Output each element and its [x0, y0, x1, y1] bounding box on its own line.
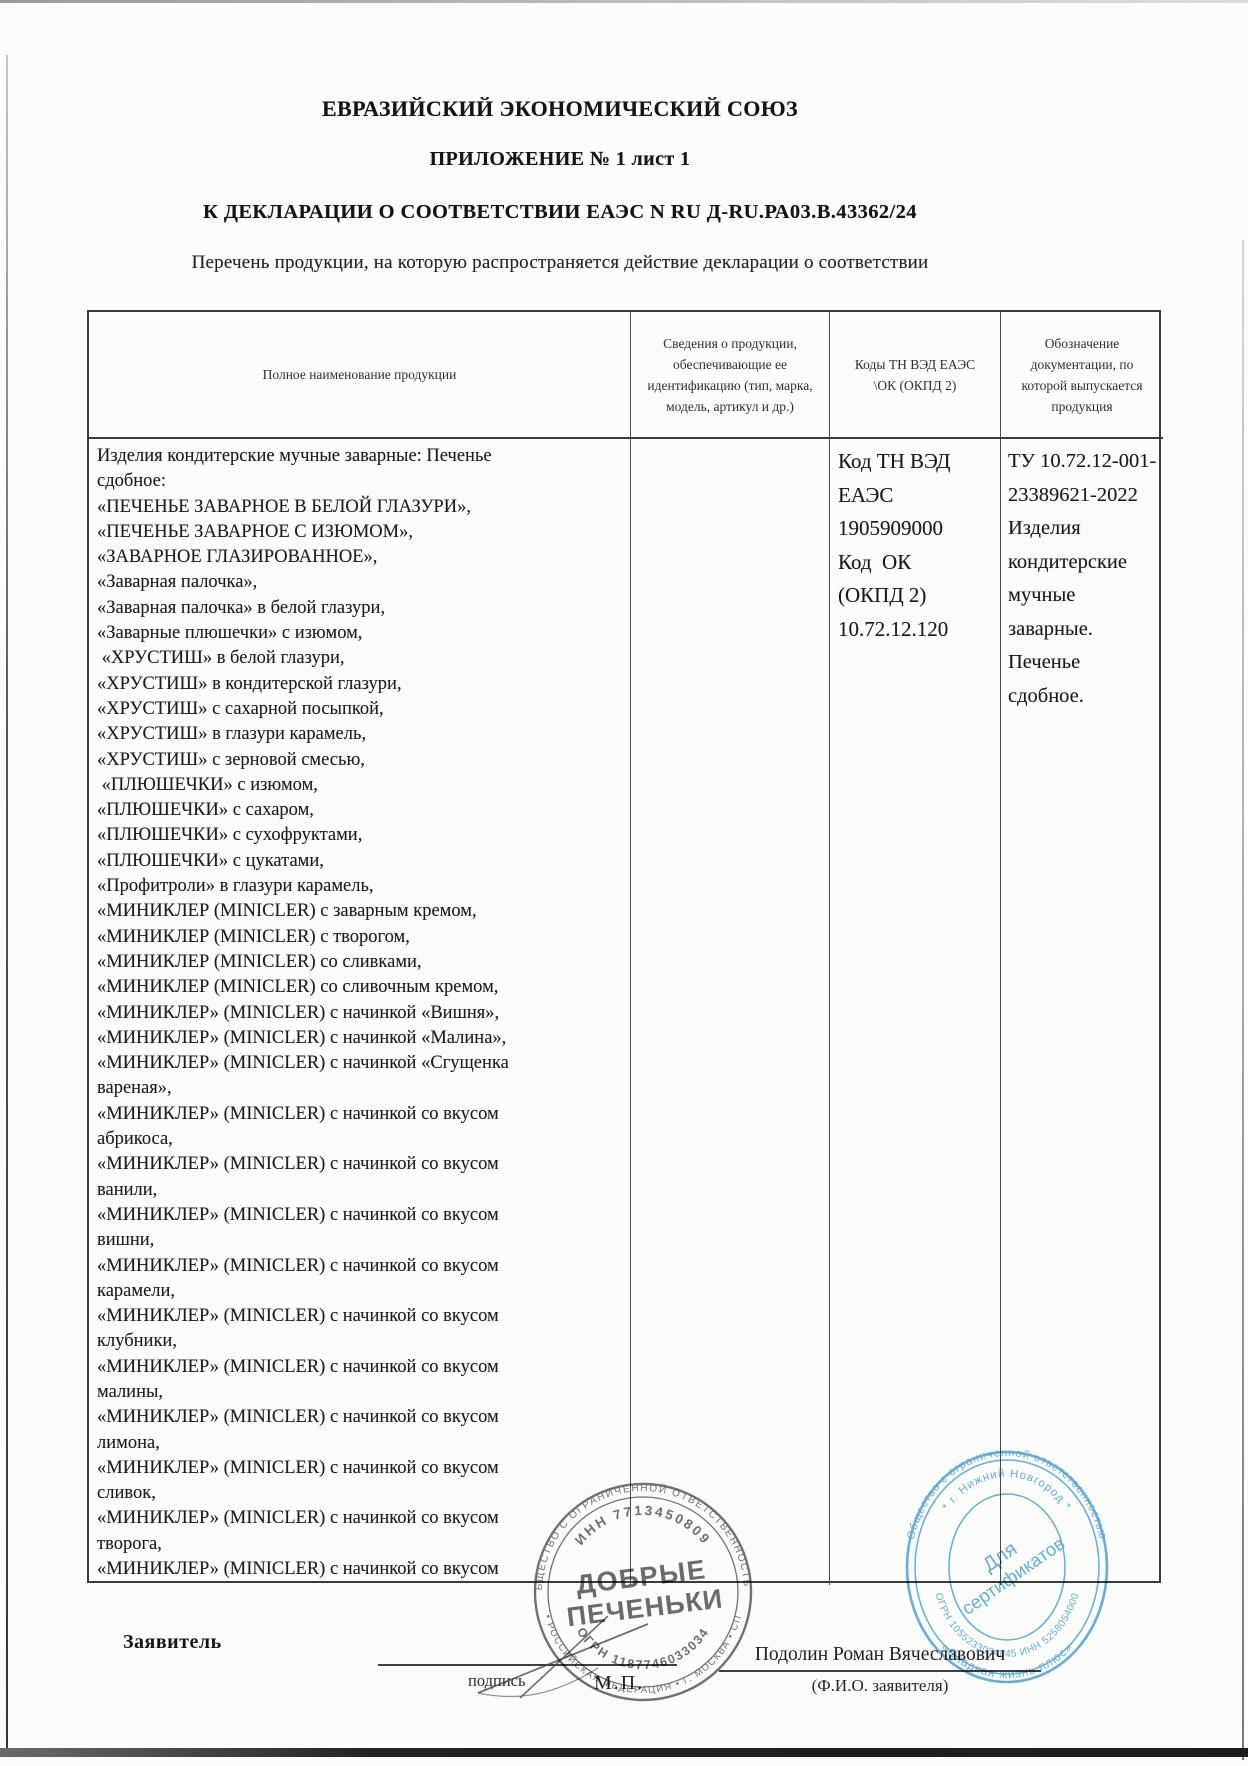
text-line: «Профитроли» в глазури карамель, — [97, 874, 622, 899]
text-line: «ХРУСТИШ» в глазури карамель, — [97, 722, 622, 747]
page-edge-left — [6, 55, 8, 1755]
text-line: Код ОК — [838, 546, 992, 580]
text-line: «МИНИКЛЕР (MINICLER) со сливочным кремом… — [97, 975, 622, 1000]
applicant-name: Подолин Роман Вячеславович — [719, 1644, 1041, 1666]
documentation-cell: ТУ 10.72.12-001-23389621-2022Изделияконд… — [1000, 439, 1163, 1585]
text-line: заварные. — [1008, 613, 1159, 647]
text-line: Код ТН ВЭД — [838, 445, 992, 479]
text-line: «ПЛЮШЕЧКИ» с сахаром, — [97, 798, 622, 823]
product-name-lines: Изделия кондитерские мучные заварные: Пе… — [97, 444, 622, 1582]
header-documentation: Обозначение документации, по которой вып… — [1000, 312, 1163, 439]
signature-line — [378, 1664, 677, 1666]
product-list-cell: Изделия кондитерские мучные заварные: Пе… — [89, 439, 630, 1585]
text-line: сдобное: — [97, 469, 622, 494]
text-line: ЕАЭС — [838, 479, 992, 513]
codes-cell: Код ТН ВЭДЕАЭС1905909000Код ОК(ОКПД 2)10… — [829, 439, 1000, 1585]
text-line: «ПЛЮШЕЧКИ» с изюмом, — [97, 773, 622, 798]
text-line: «ХРУСТИШ» в белой глазури, — [97, 646, 622, 671]
product-table: Полное наименование продукции Сведения о… — [87, 310, 1161, 1583]
text-line: «ПЛЮШЕЧКИ» с сухофруктами, — [97, 823, 622, 848]
text-line: ТУ 10.72.12-001- — [1008, 445, 1159, 479]
text-line: карамели, — [97, 1279, 622, 1304]
page-edge-bottom — [0, 1748, 1248, 1757]
text-line: «МИНИКЛЕР» (MINICLER) с начинкой со вкус… — [97, 1405, 622, 1430]
header-product-name-label: Полное наименование продукции — [263, 364, 457, 385]
text-line: «МИНИКЛЕР» (MINICLER) с начинкой со вкус… — [97, 1355, 622, 1380]
union-title: ЕВРАЗИЙСКИЙ ЭКОНОМИЧЕСКИЙ СОЮЗ — [0, 96, 1120, 122]
text-line: «МИНИКЛЕР (MINICLER) со сливками, — [97, 950, 622, 975]
list-subtitle: Перечень продукции, на которую распростр… — [0, 252, 1120, 274]
text-line: «МИНИКЛЕР» (MINICLER) с начинкой «Вишня»… — [97, 1001, 622, 1026]
text-line: «МИНИКЛЕР (MINICLER) с заварным кремом, — [97, 899, 622, 924]
text-line: творога, — [97, 1532, 622, 1557]
identification-cell — [630, 439, 829, 1585]
text-line: 1905909000 — [838, 512, 992, 546]
text-line: «МИНИКЛЕР» (MINICLER) с начинкой со вкус… — [97, 1152, 622, 1177]
header-identification: Сведения о продукции, обеспечивающие ее … — [630, 312, 829, 439]
text-line: «МИНИКЛЕР» (MINICLER) с начинкой «Сгущен… — [97, 1051, 622, 1076]
document-page: ЕВРАЗИЙСКИЙ ЭКОНОМИЧЕСКИЙ СОЮЗ ПРИЛОЖЕНИ… — [0, 0, 1248, 1766]
text-line: Изделия — [1008, 512, 1159, 546]
text-line: (ОКПД 2) — [838, 579, 992, 613]
documentation-lines: ТУ 10.72.12-001-23389621-2022Изделияконд… — [1008, 445, 1159, 713]
text-line: «МИНИКЛЕР» (MINICLER) с начинкой со вкус… — [97, 1557, 622, 1582]
text-line: «МИНИКЛЕР» (MINICLER) с начинкой со вкус… — [97, 1254, 622, 1279]
text-line: «МИНИКЛЕР» (MINICLER) с начинкой «Малина… — [97, 1026, 622, 1051]
text-line: «ХРУСТИШ» в кондитерской глазури, — [97, 672, 622, 697]
applicant-name-line — [719, 1670, 1041, 1672]
text-line: 10.72.12.120 — [838, 613, 992, 647]
text-line: «МИНИКЛЕР» (MINICLER) с начинкой со вкус… — [97, 1203, 622, 1228]
codes-lines: Код ТН ВЭДЕАЭС1905909000Код ОК(ОКПД 2)10… — [838, 445, 992, 646]
header-codes-label: Коды ТН ВЭД ЕАЭС \ОК (ОКПД 2) — [842, 354, 988, 396]
text-line: клубники, — [97, 1329, 622, 1354]
text-line: сдобное. — [1008, 680, 1159, 714]
text-line: лимона, — [97, 1431, 622, 1456]
text-line: «МИНИКЛЕР (MINICLER) с творогом, — [97, 925, 622, 950]
text-line: «МИНИКЛЕР» (MINICLER) с начинкой со вкус… — [97, 1304, 622, 1329]
text-line: «ПЕЧЕНЬЕ ЗАВАРНОЕ С ИЗЮМОМ», — [97, 520, 622, 545]
page-edge-top — [0, 0, 1248, 3]
text-line: Печенье — [1008, 646, 1159, 680]
text-line: ванили, — [97, 1178, 622, 1203]
text-line: «Заварные плюшечки» с изюмом, — [97, 621, 622, 646]
header-identification-label: Сведения о продукции, обеспечивающие ее … — [643, 333, 817, 417]
text-line: Изделия кондитерские мучные заварные: Пе… — [97, 444, 622, 469]
name-caption: (Ф.И.О. заявителя) — [719, 1676, 1041, 1696]
text-line: абрикоса, — [97, 1127, 622, 1152]
page-edge-right — [1242, 240, 1244, 1760]
text-line: «Заварная палочка», — [97, 570, 622, 595]
text-line: «Заварная палочка» в белой глазури, — [97, 596, 622, 621]
text-line: мучные — [1008, 579, 1159, 613]
applicant-label: Заявитель — [123, 1631, 222, 1654]
text-line: «ПЕЧЕНЬЕ ЗАВАРНОЕ В БЕЛОЙ ГЛАЗУРИ», — [97, 495, 622, 520]
text-line: вареная», — [97, 1076, 622, 1101]
header-documentation-label: Обозначение документации, по которой вып… — [1013, 333, 1151, 417]
text-line: кондитерские — [1008, 546, 1159, 580]
text-line: «МИНИКЛЕР» (MINICLER) с начинкой со вкус… — [97, 1102, 622, 1127]
text-line: «ЗАВАРНОЕ ГЛАЗИРОВАННОЕ», — [97, 545, 622, 570]
black-stamp-center-line2: ПЕЧЕНЬКИ — [565, 1583, 725, 1632]
text-line: малины, — [97, 1380, 622, 1405]
text-line: вишни, — [97, 1228, 622, 1253]
seal-mark: М.П. — [594, 1672, 644, 1695]
appendix-title: ПРИЛОЖЕНИЕ № 1 лист 1 — [0, 148, 1120, 171]
header-codes: Коды ТН ВЭД ЕАЭС \ОК (ОКПД 2) — [829, 312, 1000, 439]
text-line: 23389621-2022 — [1008, 479, 1159, 513]
text-line: «ХРУСТИШ» с сахарной посыпкой, — [97, 697, 622, 722]
text-line: «МИНИКЛЕР» (MINICLER) с начинкой со вкус… — [97, 1506, 622, 1531]
signature-caption: подпись — [468, 1671, 526, 1691]
text-line: «МИНИКЛЕР» (MINICLER) с начинкой со вкус… — [97, 1456, 622, 1481]
text-line: «ПЛЮШЕЧКИ» с цукатами, — [97, 849, 622, 874]
text-line: сливок, — [97, 1481, 622, 1506]
text-line: «ХРУСТИШ» с зерновой смесью, — [97, 748, 622, 773]
header-product-name: Полное наименование продукции — [89, 312, 630, 439]
declaration-title: К ДЕКЛАРАЦИИ О СООТВЕТСТВИИ ЕАЭС N RU Д-… — [0, 201, 1120, 224]
